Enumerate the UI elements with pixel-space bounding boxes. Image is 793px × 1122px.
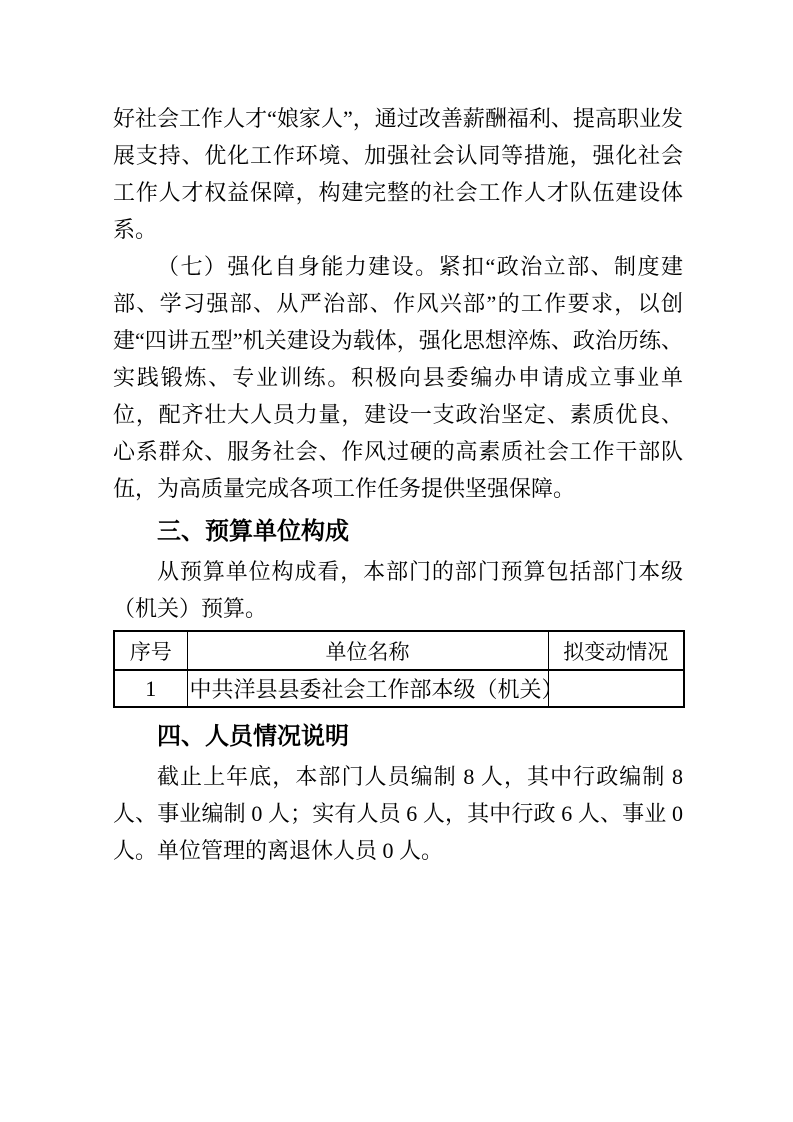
table-header-serial-number: 序号 [114,631,187,670]
table-header-unit-name: 单位名称 [187,631,548,670]
document-page: 好社会工作人才“娘家人”，通过改善薪酬福利、提高职业发展支持、优化工作环境、加强… [0,0,793,1122]
budget-units-table-body: 1 中共洋县县委社会工作部本级（机关） [114,670,684,707]
budget-units-table-header: 序号 单位名称 拟变动情况 [114,631,684,670]
table-cell-proposed-change [548,670,684,707]
table-row: 1 中共洋县县委社会工作部本级（机关） [114,670,684,707]
page-content: 好社会工作人才“娘家人”，通过改善薪酬福利、提高职业发展支持、优化工作环境、加强… [113,0,683,869]
table-cell-serial-number: 1 [114,670,187,707]
table-header-row: 序号 单位名称 拟变动情况 [114,631,684,670]
paragraph-continuation: 好社会工作人才“娘家人”，通过改善薪酬福利、提高职业发展支持、优化工作环境、加强… [113,100,683,248]
budget-units-table: 序号 单位名称 拟变动情况 1 中共洋县县委社会工作部本级（机关） [113,630,685,708]
paragraph-budget-unit-composition: 从预算单位构成看，本部门的部门预算包括部门本级（机关）预算。 [113,553,683,627]
paragraph-personnel-situation: 截止上年底，本部门人员编制 8 人，其中行政编制 8 人、事业编制 0 人；实有… [113,758,683,869]
section-heading-budget-unit-composition: 三、预算单位构成 [157,511,683,553]
paragraph-item-seven: （七）强化自身能力建设。紧扣“政治立部、制度建部、学习强部、从严治部、作风兴部”… [113,248,683,507]
table-cell-unit-name: 中共洋县县委社会工作部本级（机关） [187,670,548,707]
section-heading-personnel-situation: 四、人员情况说明 [157,716,683,758]
table-header-proposed-change: 拟变动情况 [548,631,684,670]
